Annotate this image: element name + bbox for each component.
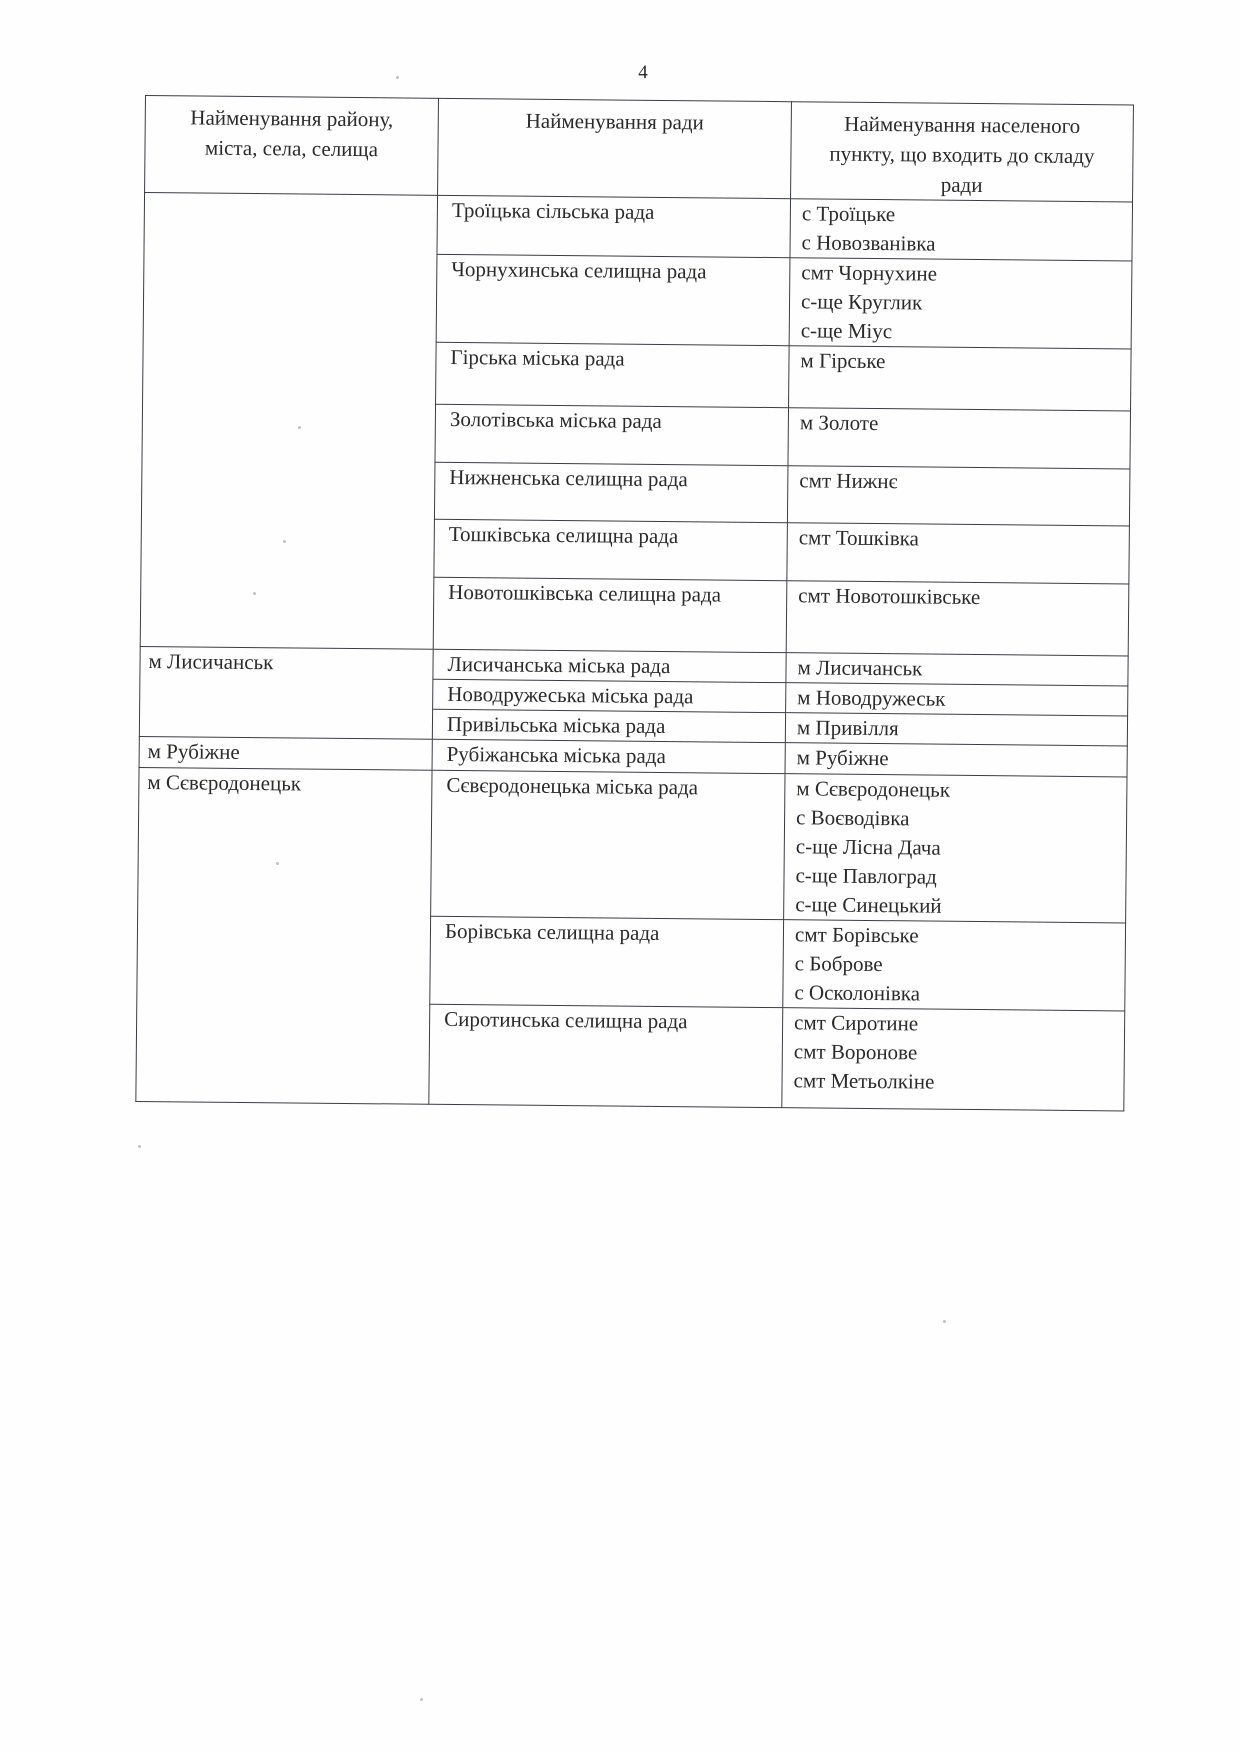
councils-table: Найменування району, міста, села, селища…: [135, 95, 1134, 1111]
settlement-name: смт Нижнє: [799, 466, 1129, 498]
council-name: Гірська міська рада: [450, 343, 788, 375]
settlement-name: смт Сиротине: [794, 1008, 1124, 1040]
settlement-name: с-ще Міус: [801, 316, 1131, 348]
district-cell: м Сєвєродонецьк: [136, 767, 432, 1104]
settlement-name: смт Метьолкіне: [793, 1066, 1123, 1098]
council-name: Сиротинська селищна рада: [444, 1005, 782, 1037]
scan-speck: [283, 540, 286, 543]
settlements-cell: с Троїцькес Новозванівка: [790, 199, 1133, 261]
settlement-name: с Новозванівка: [801, 228, 1131, 260]
settlement-name: м Лисичанськ: [797, 653, 1127, 685]
settlements-cell: смт Борівськес Бобровес Осколонівка: [783, 920, 1126, 1011]
settlement-name: с-ще Лісна Дача: [796, 832, 1126, 864]
settlement-name: с-ще Круглик: [801, 287, 1131, 319]
settlements-cell: м Золоте: [788, 408, 1131, 469]
council-cell: Лисичанська міська рада: [433, 649, 786, 682]
council-cell: Гірська міська рада: [436, 342, 790, 407]
council-name: Чорнухинська селищна рада: [451, 255, 789, 287]
council-name: Привільська міська рада: [447, 710, 785, 742]
council-cell: Новотошківська селищна рада: [433, 577, 787, 652]
settlement-name: м Новодружеськ: [797, 683, 1127, 715]
settlement-name: смт Борівське: [795, 920, 1125, 952]
scan-speck: [298, 426, 301, 429]
scan-speck: [943, 1320, 946, 1323]
scan-speck: [138, 1145, 141, 1148]
table-row: Троїцька сільська радас Троїцькес Новозв…: [144, 193, 1133, 261]
council-cell: Троїцька сільська рада: [437, 195, 791, 257]
settlements-cell: м Сєвєродонецькс Воєводівкас-ще Лісна Да…: [784, 774, 1127, 923]
scan-speck: [253, 592, 256, 595]
settlement-name: м Сєвєродонецьк: [796, 774, 1126, 806]
header-district: Найменування району, міста, села, селища: [145, 96, 439, 196]
district-name: м Сєвєродонецьк: [147, 768, 431, 800]
settlement-name: м Гірське: [800, 346, 1130, 378]
settlements-cell: смт Сиротинесмт Вороновесмт Метьолкіне: [782, 1008, 1125, 1111]
council-cell: Новодружеська міська рада: [433, 679, 786, 712]
council-cell: Сиротинська селищна рада: [429, 1004, 783, 1107]
settlements-cell: смт Новотошківське: [786, 581, 1129, 656]
council-name: Тошківська селищна рада: [449, 520, 787, 552]
settlements-cell: м Лисичанськ: [786, 653, 1128, 686]
council-cell: Нижненська селищна рада: [434, 462, 788, 522]
settlement-name: смт Тошківка: [799, 523, 1129, 555]
council-cell: Чорнухинська селищна рада: [436, 254, 790, 345]
council-cell: Сєвєродонецька міська рада: [431, 770, 785, 919]
district-name: м Лисичанськ: [148, 647, 432, 679]
council-cell: Привільська міська рада: [432, 709, 785, 742]
council-cell: Рубіжанська міська рада: [432, 739, 785, 773]
settlement-name: с-ще Павлоград: [795, 861, 1125, 893]
settlements-cell: м Гірське: [789, 346, 1132, 411]
scan-speck: [396, 76, 399, 79]
table-body: Троїцька сільська радас Троїцькес Новозв…: [136, 193, 1133, 1111]
district-cell: м Рубіжне: [139, 736, 432, 770]
council-name: Новотошківська селищна рада: [448, 578, 786, 610]
council-cell: Золотівська міська рада: [435, 404, 789, 465]
header-settlement: Найменування населеного пункту, що входи…: [791, 102, 1134, 202]
district-name: м Рубіжне: [148, 737, 432, 769]
settlements-cell: м Привілля: [785, 713, 1127, 746]
council-name: Борівська селищна рада: [445, 917, 783, 949]
settlements-cell: смт Чорнухинес-ще Кругликс-ще Міус: [789, 258, 1132, 349]
council-name: Нижненська селищна рада: [449, 463, 787, 495]
settlement-name: с Осколонівка: [794, 978, 1124, 1010]
settlement-name: смт Чорнухине: [801, 258, 1131, 290]
council-name: Золотівська міська рада: [450, 405, 788, 437]
district-cell: м Лисичанськ: [139, 646, 433, 739]
settlement-name: с Боброве: [795, 949, 1125, 981]
council-cell: Тошківська селищна рада: [434, 519, 788, 580]
settlement-name: с Воєводівка: [796, 803, 1126, 835]
settlements-cell: м Новодружеськ: [786, 683, 1128, 716]
council-name: Сєвєродонецька міська рада: [446, 771, 784, 803]
settlement-name: смт Новотошківське: [798, 581, 1128, 613]
table-row: м СєвєродонецькСєвєродонецька міська рад…: [138, 767, 1127, 922]
page-number: 4: [633, 62, 653, 84]
settlement-name: м Рубіжне: [797, 743, 1127, 775]
district-cell: [140, 193, 437, 650]
settlement-name: м Привілля: [797, 713, 1127, 745]
scan-speck: [276, 862, 279, 865]
settlements-cell: м Рубіжне: [785, 743, 1127, 777]
settlements-cell: смт Нижнє: [787, 466, 1130, 526]
settlement-name: с Троїцьке: [802, 199, 1132, 231]
council-cell: Борівська селищна рада: [430, 916, 784, 1007]
header-council: Найменування ради: [438, 98, 792, 198]
settlement-name: с-ще Синецький: [795, 890, 1125, 922]
settlement-name: м Золоте: [800, 408, 1130, 440]
council-name: Новодружеська міська рада: [447, 680, 785, 712]
council-name: Рубіжанська міська рада: [447, 740, 785, 772]
council-name: Лисичанська міська рада: [447, 650, 785, 682]
settlement-name: смт Воронове: [794, 1037, 1124, 1069]
settlements-cell: смт Тошківка: [787, 523, 1130, 584]
table-header-row: Найменування району, міста, села, селища…: [145, 96, 1134, 202]
scan-speck: [420, 1698, 423, 1701]
council-name: Троїцька сільська рада: [452, 196, 790, 228]
